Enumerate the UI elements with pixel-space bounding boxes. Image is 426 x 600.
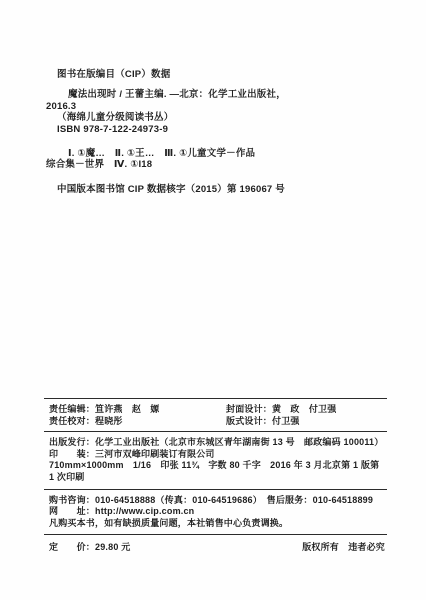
credit-layout-design-label: 版式设计： — [226, 416, 272, 426]
credit-layout-design-value: 付卫强 — [272, 416, 300, 426]
cip-classification-line1: Ⅰ. ①魔… Ⅱ. ①王… Ⅲ. ①儿童文学－作品 — [46, 148, 376, 159]
publisher-label: 出版发行： — [49, 437, 95, 447]
cip-series-note: （海绵儿童分级阅读书丛） — [46, 112, 376, 123]
price-label: 定 价： — [49, 542, 95, 552]
credit-cover-design: 封面设计：黄 政 付卫强 — [226, 404, 387, 416]
colophon-block: 责任编辑：笪许燕 赵 嫄 封面设计：黄 政 付卫强 责任校对：程晓彤 版式设计：… — [44, 398, 387, 554]
credits-table: 责任编辑：笪许燕 赵 嫄 封面设计：黄 政 付卫强 责任校对：程晓彤 版式设计：… — [44, 399, 387, 431]
cip-heading: 图书在版编目（CIP）数据 — [46, 69, 376, 80]
cip-classification-line2: 综合集－世界 Ⅳ. ①I18 — [46, 159, 376, 170]
website-label: 网 址： — [49, 506, 95, 516]
credit-proofreader: 责任校对：程晓彤 — [49, 416, 226, 428]
printer-line: 印 装：三河市双峰印刷装订有限公司 — [49, 449, 387, 461]
copyright-page: 图书在版编目（CIP）数据 魔法出现时 / 王蕾主编. —北京：化学工业出版社，… — [0, 0, 426, 600]
credit-proofreader-label: 责任校对： — [49, 416, 95, 426]
credit-editor-value: 笪许燕 赵 嫄 — [95, 404, 159, 414]
credit-proofreader-value: 程晓彤 — [95, 416, 123, 426]
rights-notice: 版权所有 违者必究 — [302, 542, 385, 554]
credits-row: 责任校对：程晓彤 版式设计：付卫强 — [49, 416, 387, 428]
website-value: http://www.cip.com.cn — [95, 506, 194, 516]
price-value: 29.80 元 — [95, 542, 130, 552]
credit-cover-design-value: 黄 政 付卫强 — [272, 404, 336, 414]
cip-title-line: 魔法出现时 / 王蕾主编. —北京：化学工业出版社， — [46, 89, 376, 100]
inquiry-label: 购书咨询： — [49, 495, 95, 505]
website-line: 网 址：http://www.cip.com.cn — [49, 506, 387, 518]
publisher-line: 出版发行：化学工业出版社（北京市东城区青年湖南街 13 号 邮政编码 10001… — [49, 437, 387, 449]
format-line: 710mm×1000mm 1/16 印张 11¾ 字数 80 千字 2016 年… — [49, 460, 387, 483]
publisher-value: 化学工业出版社（北京市东城区青年湖南街 13 号 邮政编码 100011） — [95, 437, 383, 447]
price-row: 定 价：29.80 元 版权所有 违者必究 — [44, 535, 387, 554]
credit-cover-design-label: 封面设计： — [226, 404, 272, 414]
cip-isbn: ISBN 978-7-122-24973-9 — [46, 124, 376, 135]
contact-info: 购书咨询：010-64518888（传真：010-64519686） 售后服务：… — [44, 490, 387, 535]
cip-record-number: 中国版本图书馆 CIP 数据核字（2015）第 196067 号 — [46, 184, 376, 195]
inquiry-value: 010-64518888（传真：010-64519686） 售后服务：010-6… — [95, 495, 373, 505]
publishing-info: 出版发行：化学工业出版社（北京市东城区青年湖南街 13 号 邮政编码 10001… — [44, 432, 387, 488]
cip-year-line: 2016.3 — [46, 101, 376, 112]
inquiry-line: 购书咨询：010-64518888（传真：010-64519686） 售后服务：… — [49, 495, 387, 507]
credit-layout-design: 版式设计：付卫强 — [226, 416, 387, 428]
cip-block: 图书在版编目（CIP）数据 魔法出现时 / 王蕾主编. —北京：化学工业出版社，… — [46, 69, 376, 195]
printer-value: 三河市双峰印刷装订有限公司 — [95, 449, 215, 459]
price: 定 价：29.80 元 — [49, 542, 130, 554]
printer-label: 印 装： — [49, 449, 95, 459]
credit-editor: 责任编辑：笪许燕 赵 嫄 — [49, 404, 226, 416]
exchange-note: 凡购买本书，如有缺损质量问题，本社销售中心负责调换。 — [49, 518, 387, 530]
credit-editor-label: 责任编辑： — [49, 404, 95, 414]
credits-row: 责任编辑：笪许燕 赵 嫄 封面设计：黄 政 付卫强 — [49, 404, 387, 416]
